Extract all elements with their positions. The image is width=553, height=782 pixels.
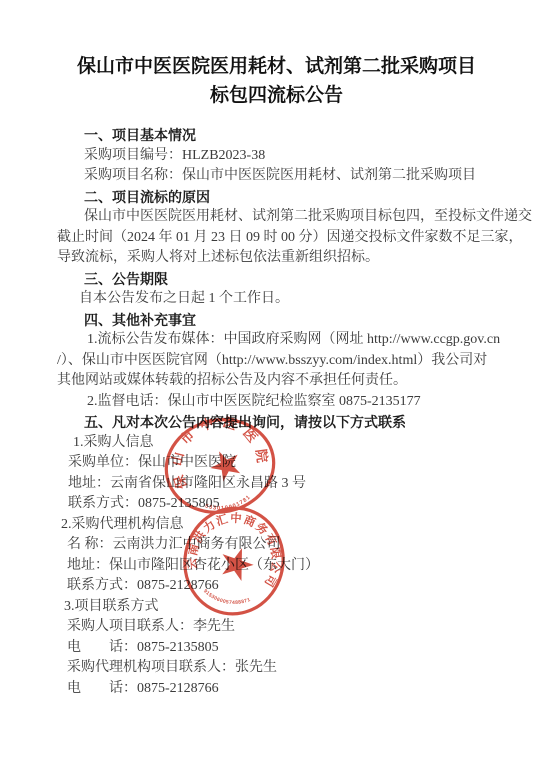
field-purchaser-phone: 联系方式：0875-2135805 (57, 494, 551, 515)
text-supervision-phone: 2.监督电话：保山市中医医院纪检监察室 0875-2135177 (57, 392, 551, 413)
text-project-contact: 3.项目联系方式 (57, 597, 551, 618)
text-announcement-period: 自本公告发布之日起 1 个工作日。 (57, 289, 551, 310)
text-purchaser-info: 1.采购人信息 (57, 433, 551, 454)
field-agency-contact-phone: 电 话：0875-2128766 (57, 679, 551, 700)
field-purchaser-unit: 采购单位：保山市中医医院 (57, 453, 551, 474)
para-failure-line1: 保山市中医医院医用耗材、试剂第二批采购项目标包四，至投标文件递交 (57, 207, 551, 228)
text-media-line2: /）、保山市中医医院官网（http://www.bsszyy.com/index… (57, 351, 551, 372)
text-agency-info: 2.采购代理机构信息 (57, 515, 551, 536)
document-title-line2: 标包四流标公告 (0, 81, 553, 110)
field-agency-name: 名 称：云南洪力汇中商务有限公司 (57, 535, 551, 556)
field-agency-phone: 联系方式：0875-2128766 (57, 576, 551, 597)
para-failure-line2: 截止时间（2024 年 01 月 23 日 09 时 00 分）因递交投标文件家… (57, 228, 551, 249)
document-title: 保山市中医医院医用耗材、试剂第二批采购项目 标包四流标公告 (0, 0, 553, 110)
heading-failure-reason: 二、项目流标的原因 (57, 187, 551, 208)
heading-announcement-period: 三、公告期限 (57, 269, 551, 290)
field-agency-contact-person: 采购代理机构项目联系人：张先生 (57, 658, 551, 679)
para-failure-line3: 导致流标，采购人将对上述标包依法重新组织招标。 (57, 248, 551, 269)
heading-contact: 五、凡对本次公告内容提出询问，请按以下方式联系 (57, 412, 551, 433)
field-purchaser-contact-person: 采购人项目联系人：李先生 (57, 617, 551, 638)
text-media-line3: 其他网站或媒体转载的招标公告及内容不承担任何责任。 (57, 371, 551, 392)
heading-supplementary: 四、其他补充事宜 (57, 310, 551, 331)
document-title-line1: 保山市中医医院医用耗材、试剂第二批采购项目 (0, 52, 553, 81)
document-page: 保山市中医医院医用耗材、试剂第二批采购项目 标包四流标公告 一、项目基本情况 采… (0, 0, 553, 782)
text-media-line1: 1.流标公告发布媒体：中国政府采购网（网址 http://www.ccgp.go… (57, 330, 551, 351)
field-purchaser-address: 地址：云南省保山市隆阳区永昌路 3 号 (57, 474, 551, 495)
field-agency-address: 地址：保山市隆阳区杏花小区（东大门） (57, 556, 551, 577)
field-purchaser-contact-phone: 电 话：0875-2135805 (57, 638, 551, 659)
field-project-name: 采购项目名称：保山市中医医院医用耗材、试剂第二批采购项目 (57, 166, 551, 187)
document-body: 一、项目基本情况 采购项目编号：HLZB2023-38 采购项目名称：保山市中医… (0, 125, 553, 699)
heading-basic-info: 一、项目基本情况 (57, 125, 551, 146)
field-project-number: 采购项目编号：HLZB2023-38 (57, 146, 551, 167)
